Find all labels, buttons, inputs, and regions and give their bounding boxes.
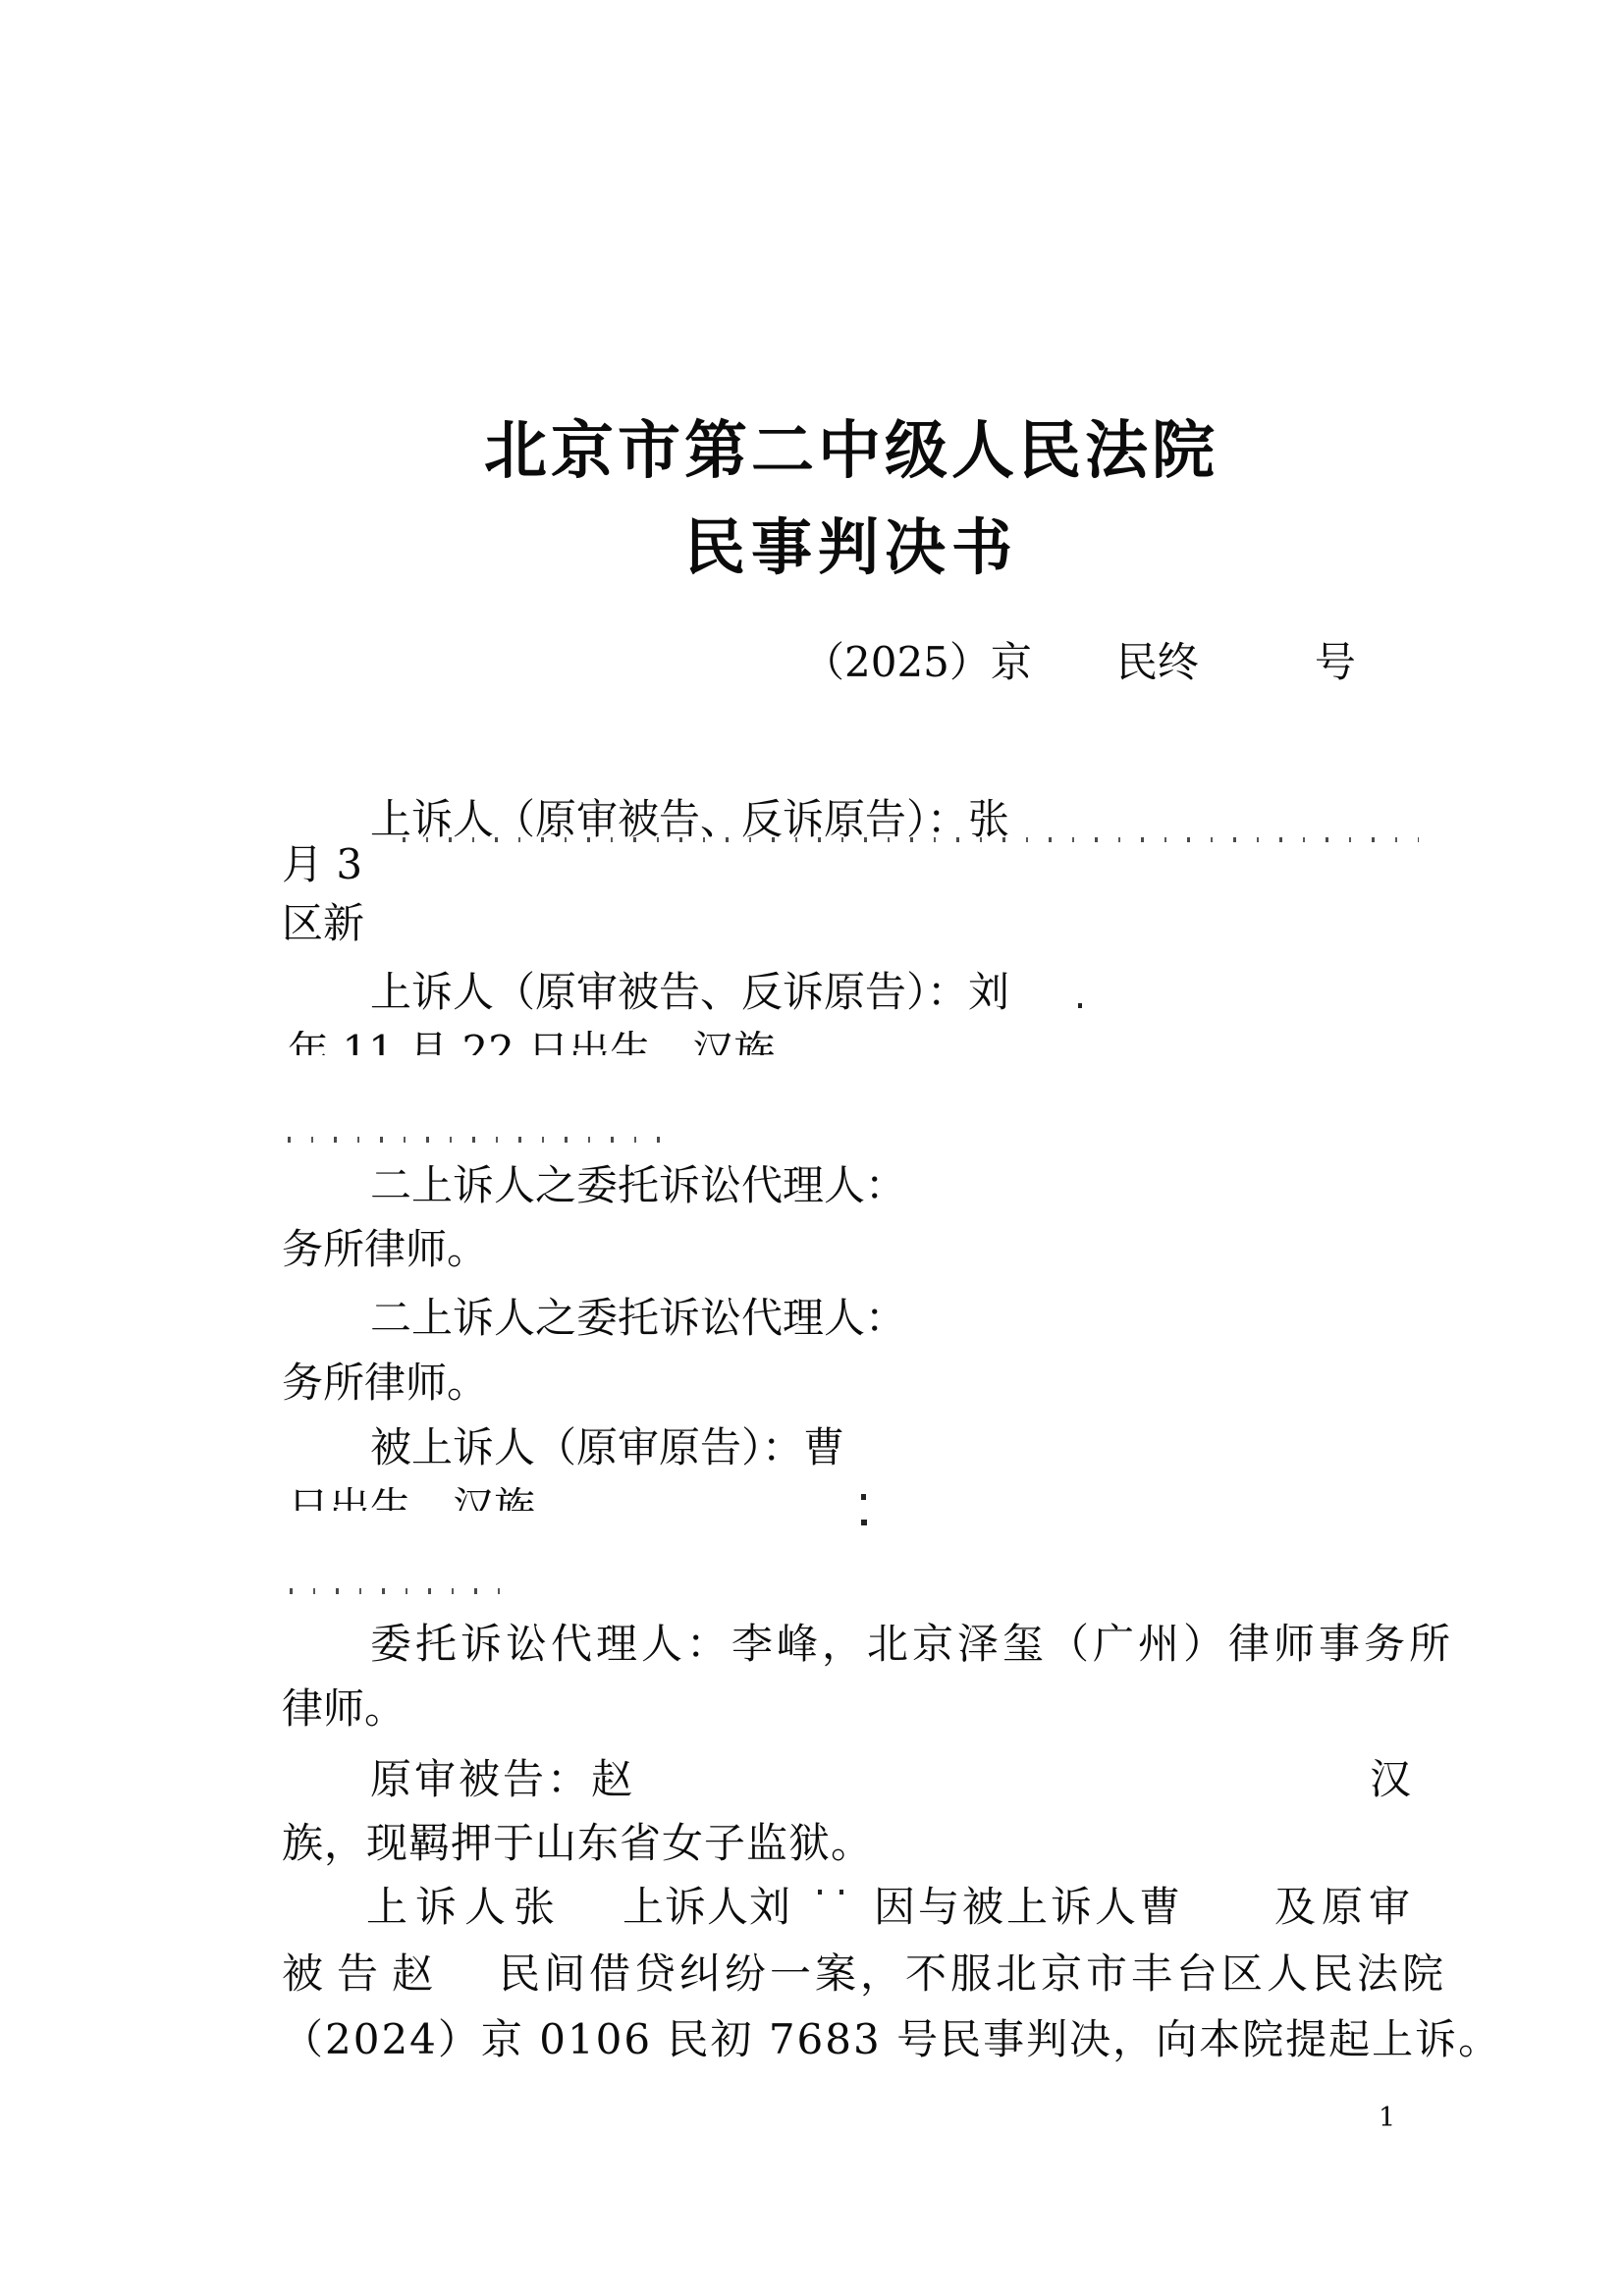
appellant2-line: 上诉人（原审被告、反诉原告）：刘 (370, 970, 1009, 1015)
intro-seg-appellant-zhang: 上诉人张 (366, 1885, 563, 1930)
court-name: 北京市第二中级人民法院 (282, 400, 1421, 491)
redaction-colon-mark-top (861, 1494, 866, 1500)
intro-seg-and-original: 及原审 (1274, 1885, 1416, 1930)
appellee-partial-line: 日出生，汉族 (288, 1487, 563, 1511)
page-number: 1 (1379, 2103, 1395, 2133)
appellant1-cont-line-2: 区新 (282, 901, 364, 946)
orig-defendant-line-head: 原审被告：赵 (370, 1757, 635, 1802)
intro-seg-appellee-cao: 因与被上诉人曹 (874, 1885, 1183, 1930)
appellee-agent-cont-line: 律师。 (282, 1686, 406, 1732)
case-number-suffix: 号 (1315, 638, 1356, 686)
case-number-middle: 民终 (1116, 638, 1199, 686)
appellee-line: 被上诉人（原审原告）：曹 (370, 1425, 844, 1470)
intro-seg-appellant-liu: 上诉人刘 (623, 1885, 791, 1930)
appellant1-line: 上诉人（原审被告、反诉原告）：张 (370, 797, 1009, 842)
judgment-page: 北京市第二中级人民法院 民事判决书 （2025）京民终号 上诉人（原审被告、反诉… (0, 0, 1624, 2296)
agents2-cont-line: 务所律师。 (282, 1361, 488, 1406)
redaction-dot-3 (839, 1890, 843, 1895)
redaction-artifact-row-1 (403, 837, 1419, 842)
appellant1-cont-line-1: 月 3 (282, 842, 362, 887)
orig-defendant-line-tail: 汉 (1370, 1757, 1411, 1802)
intro2-seg-defendant-zhao: 被告赵 (282, 1951, 447, 1997)
agents2-line: 二上诉人之委托诉讼代理人： (370, 1296, 906, 1341)
agents1-line: 二上诉人之委托诉讼代理人： (370, 1163, 906, 1208)
redaction-dot-2 (818, 1890, 822, 1895)
redaction-artifact-row-3 (290, 1588, 501, 1594)
redaction-dot-1 (1078, 1003, 1082, 1008)
document-title: 民事判决书 (282, 499, 1421, 586)
intro2-seg-case-description: 民间借贷纠纷一案，不服北京市丰台区人民法院 (499, 1951, 1447, 1997)
appellant2-partial-line: 年 11 月 22 日出生，汉族 (288, 1031, 838, 1055)
appellee-agent-line: 委托诉讼代理人：李峰，北京泽玺（广州）律师事务所 (370, 1622, 1454, 1667)
redaction-colon-mark-bottom (861, 1520, 867, 1525)
orig-defendant-cont-line: 族，现羁押于山东省女子监狱。 (282, 1821, 873, 1866)
case-number: （2025）京民终号 (803, 640, 1356, 685)
intro3-line: （2024）京 0106 民初 7683 号民事判决，向本院提起上诉。 (282, 2017, 1501, 2062)
redaction-artifact-row-2 (288, 1137, 671, 1143)
agents1-cont-line: 务所律师。 (282, 1227, 488, 1272)
case-number-prefix: （2025）京 (803, 638, 1032, 686)
